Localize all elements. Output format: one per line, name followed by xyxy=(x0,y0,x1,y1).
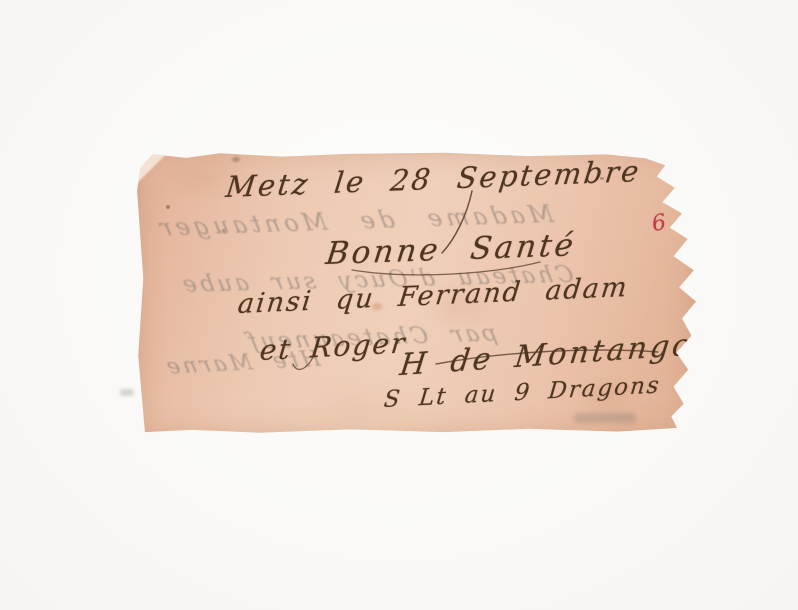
handwriting-greeting-line: Bonne Santé xyxy=(324,230,578,270)
note-paper: Madame de Montauger Chateau d'Oucy sur a… xyxy=(136,151,696,435)
corner-fold xyxy=(136,151,172,183)
edge-smudge xyxy=(120,389,134,396)
handwriting-names-line-2: et Roger xyxy=(259,329,408,365)
scan-background: Madame de Montauger Chateau d'Oucy sur a… xyxy=(0,0,798,610)
